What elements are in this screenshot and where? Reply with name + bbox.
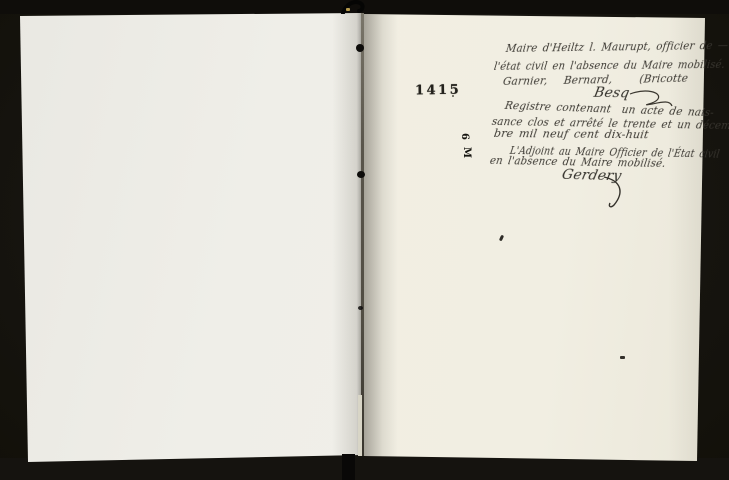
thread-speck	[346, 8, 350, 11]
spine-crease	[361, 13, 364, 456]
under-sheet-edge	[358, 395, 362, 456]
stamp-dot	[452, 95, 454, 97]
handwriting-line-7: bre mil neuf cent dix-huit	[493, 127, 650, 141]
book-scan: 1415 6 M Maire d'Heiltz l. Maurupt, offi…	[0, 0, 729, 480]
side-stamp-bottom: M	[461, 147, 472, 158]
handwriting-line-2: l'état civil en l'absence du Maire mobil…	[493, 58, 726, 73]
signature-besq: Besq	[592, 85, 631, 102]
right-page-gutter-shadow	[364, 14, 398, 457]
binding-hole-middle	[357, 171, 365, 178]
collation-stamp: 1415	[415, 83, 461, 99]
binding-thread-icon	[340, 0, 366, 14]
ink-speck	[620, 356, 625, 359]
binding-hole-bottom	[358, 306, 363, 310]
binding-hole-top	[356, 44, 364, 52]
background-bottom-band	[0, 458, 729, 480]
spine-foot-shadow	[342, 454, 355, 480]
signature-flourish-besq	[628, 90, 674, 110]
signature-flourish-gerdery	[600, 175, 634, 209]
left-page-gutter-shadow	[332, 13, 361, 456]
side-stamp-top: 6	[459, 133, 470, 140]
